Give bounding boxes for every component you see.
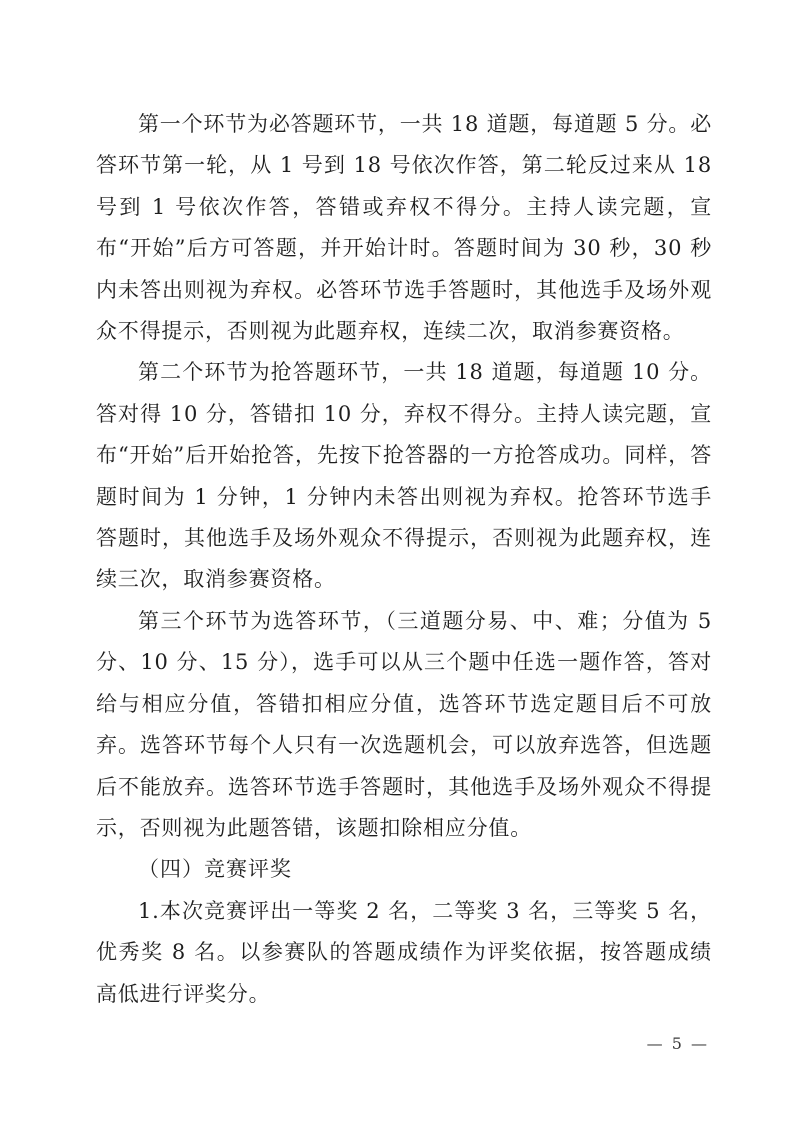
section-heading-competition-awards: （四）竞赛评奖: [96, 849, 712, 890]
page-footer: — 5 —: [647, 1034, 709, 1053]
paragraph-required-question-round: 第一个环节为必答题环节，一共 18 道题，每道题 5 分。必答环节第一轮，从 1…: [96, 104, 712, 352]
paragraph-award-tiers: 1.本次竞赛评出一等奖 2 名，二等奖 3 名，三等奖 5 名，优秀奖 8 名。…: [96, 891, 712, 1015]
paragraph-choice-question-round: 第三个环节为选答环节，（三道题分易、中、难；分值为 5 分、10 分、15 分）…: [96, 601, 712, 849]
document-content: 第一个环节为必答题环节，一共 18 道题，每道题 5 分。必答环节第一轮，从 1…: [96, 104, 712, 1015]
paragraph-rush-question-round: 第二个环节为抢答题环节，一共 18 道题，每道题 10 分。答对得 10 分，答…: [96, 352, 712, 600]
page-number: — 5 —: [647, 1034, 709, 1053]
document-page: 第一个环节为必答题环节，一共 18 道题，每道题 5 分。必答环节第一轮，从 1…: [0, 0, 793, 1122]
